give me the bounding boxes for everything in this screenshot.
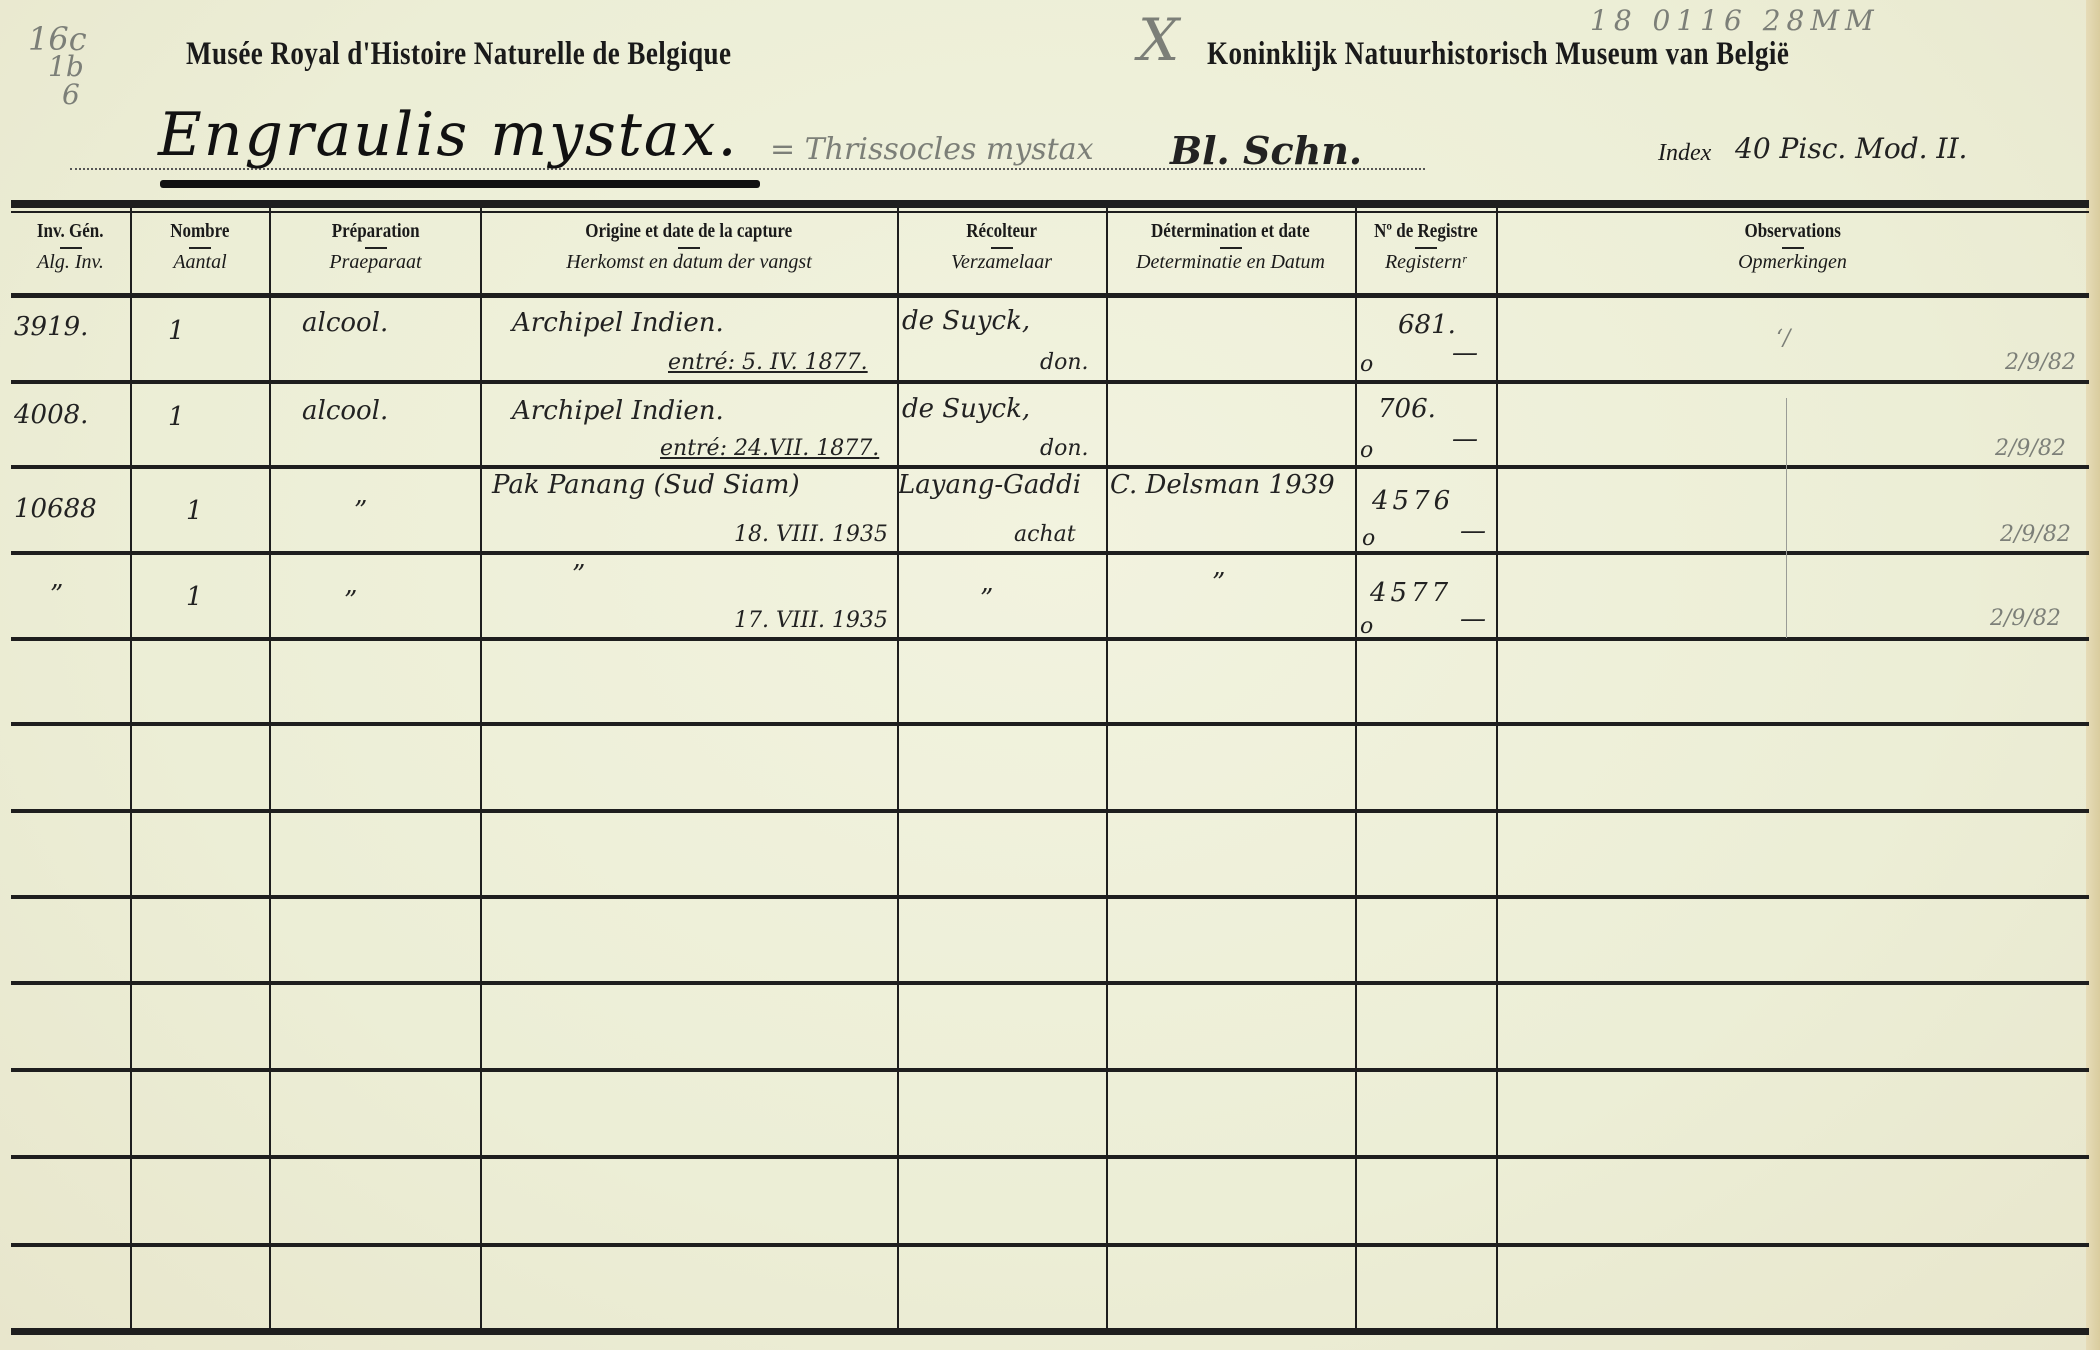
registre-dash: — [1460, 516, 1486, 546]
cell-inv: 10688 [14, 494, 97, 524]
table-bottom-rule [11, 1328, 2089, 1335]
col-header-nombre: NombreAantal [130, 220, 270, 274]
cell-inv: ” [50, 580, 63, 610]
row-rule [11, 1243, 2089, 1247]
col-header-inv-fr: Inv. Gén. [37, 220, 104, 243]
cell-nombre: 1 [186, 582, 203, 612]
col-header-determination: Détermination et dateDeterminatie en Dat… [1106, 220, 1355, 274]
col-header-observations-nl: Opmerkingen [1738, 251, 1847, 274]
cell-recolteur: de Suyck, [902, 394, 1030, 424]
cell-preparation: alcool. [302, 308, 388, 338]
cell-recolteur: de Suyck, [902, 306, 1030, 336]
registre-dash: — [1452, 338, 1478, 368]
cell-registre-mark: o [1362, 526, 1375, 551]
cell-registre-mark: o [1360, 614, 1373, 639]
registre-dash: — [1452, 424, 1478, 454]
cell-preparation: alcool. [302, 396, 388, 426]
cell-inv: 4008. [14, 400, 88, 430]
species-name: Engraulis mystax. [158, 100, 739, 170]
col-header-inv-nl: Alg. Inv. [37, 251, 104, 274]
cell-observations: 2/9/82 [2000, 522, 2071, 547]
cell-nombre: 1 [168, 316, 185, 346]
row-rule [11, 895, 2089, 899]
col-header-recolteur: RécolteurVerzamelaar [897, 220, 1106, 274]
cell-preparation: ” [344, 586, 357, 616]
cell-date: 17. VIII. 1935 [734, 608, 888, 633]
pencil-bracket-line [1786, 398, 1787, 638]
col-header-preparation-fr: Préparation [332, 220, 420, 243]
pencil-top-number: 18 0116 28MM [1590, 4, 1880, 37]
header-bottom-rule [11, 293, 2089, 298]
col-header-determination-fr: Détermination et date [1151, 220, 1310, 243]
cell-origine: ” [572, 560, 585, 590]
cell-registre: 4576 [1372, 486, 1454, 516]
row-rule [11, 981, 2089, 985]
col-rule [1355, 208, 1357, 1330]
row-rule [11, 1155, 2089, 1159]
pencil-x-mark: X [1138, 6, 1179, 74]
row-rule [11, 465, 2089, 469]
cell-preparation: ” [354, 496, 367, 526]
cell-date: entré: 5. IV. 1877. [668, 350, 868, 375]
cell-registre-mark: o [1360, 438, 1373, 463]
cell-recolteur: ” [980, 584, 993, 614]
col-header-registre: Nº de RegistreRegisternʳ [1355, 220, 1496, 274]
col-rule [480, 208, 482, 1330]
cell-recolteur-note: achat [1014, 522, 1076, 547]
col-rule [1496, 208, 1498, 1330]
cell-date: entré: 24.VII. 1877. [660, 436, 879, 461]
cell-nombre: 1 [186, 496, 203, 526]
title-french: Musée Royal d'Histoire Naturelle de Belg… [186, 36, 731, 73]
col-header-preparation: PréparationPraeparaat [270, 220, 481, 274]
cell-origine: Archipel Indien. [512, 308, 724, 338]
row-rule [11, 1068, 2089, 1072]
cell-recolteur-note: don. [1040, 350, 1089, 375]
species-author: Bl. Schn. [1170, 128, 1362, 173]
col-header-inv: Inv. Gén.Alg. Inv. [11, 220, 130, 274]
col-rule [130, 208, 132, 1330]
cell-inv: 3919. [14, 312, 88, 342]
cell-registre: 706. [1378, 394, 1436, 424]
col-header-registre-nl: Registernʳ [1385, 251, 1466, 274]
col-header-origine-nl: Herkomst en datum der vangst [566, 251, 812, 274]
registre-dash: — [1460, 604, 1486, 634]
cell-origine: Archipel Indien. [512, 396, 724, 426]
cell-nombre: 1 [168, 402, 185, 432]
col-header-determination-nl: Determinatie en Datum [1136, 251, 1325, 274]
col-header-origine-fr: Origine et date de la capture [586, 220, 793, 243]
col-rule [897, 208, 899, 1330]
cell-determination: C. Delsman 1939 [1110, 470, 1335, 500]
col-header-nombre-nl: Aantal [173, 251, 226, 274]
table-top-thin-rule [11, 211, 2089, 213]
col-header-nombre-fr: Nombre [170, 220, 229, 243]
index-label: Index [1658, 140, 1711, 167]
col-header-recolteur-nl: Verzamelaar [951, 251, 1052, 274]
species-underline [160, 180, 760, 188]
pencil-note-3: 6 [62, 78, 80, 111]
col-rule [1106, 208, 1108, 1330]
col-rule [269, 208, 271, 1330]
col-header-recolteur-fr: Récolteur [966, 220, 1037, 243]
table-top-rule [11, 200, 2089, 208]
row-rule [11, 551, 2089, 555]
cell-registre: 681. [1398, 310, 1456, 340]
cell-origine: Pak Panang (Sud Siam) [492, 470, 800, 500]
cell-observations: 2/9/82 [1990, 606, 2061, 631]
col-header-observations: ObservationsOpmerkingen [1496, 220, 2089, 274]
cell-obs-mark: ‘/ [1776, 326, 1790, 351]
cell-recolteur: Layang-Gaddi [898, 470, 1081, 500]
cell-registre: 4577 [1370, 578, 1452, 608]
row-rule [11, 809, 2089, 813]
row-rule [11, 637, 2089, 641]
cell-determination: ” [1212, 568, 1225, 598]
cell-date: 18. VIII. 1935 [734, 522, 888, 547]
cell-observations: 2/9/82 [1995, 436, 2066, 461]
index-value: 40 Pisc. Mod. II. [1735, 132, 1967, 165]
cell-recolteur-note: don. [1040, 436, 1089, 461]
title-dutch: Koninklijk Natuurhistorisch Museum van B… [1207, 36, 1789, 73]
row-rule [11, 722, 2089, 726]
cell-observations: 2/9/82 [2005, 350, 2076, 375]
col-header-observations-fr: Observations [1744, 220, 1840, 243]
col-header-origine: Origine et date de la captureHerkomst en… [481, 220, 897, 274]
col-header-preparation-nl: Praeparaat [329, 251, 421, 274]
col-header-registre-fr: Nº de Registre [1374, 220, 1478, 243]
row-rule [11, 380, 2089, 384]
species-synonym: = Thrissocles mystax [770, 132, 1094, 167]
cell-registre-mark: o [1360, 352, 1373, 377]
